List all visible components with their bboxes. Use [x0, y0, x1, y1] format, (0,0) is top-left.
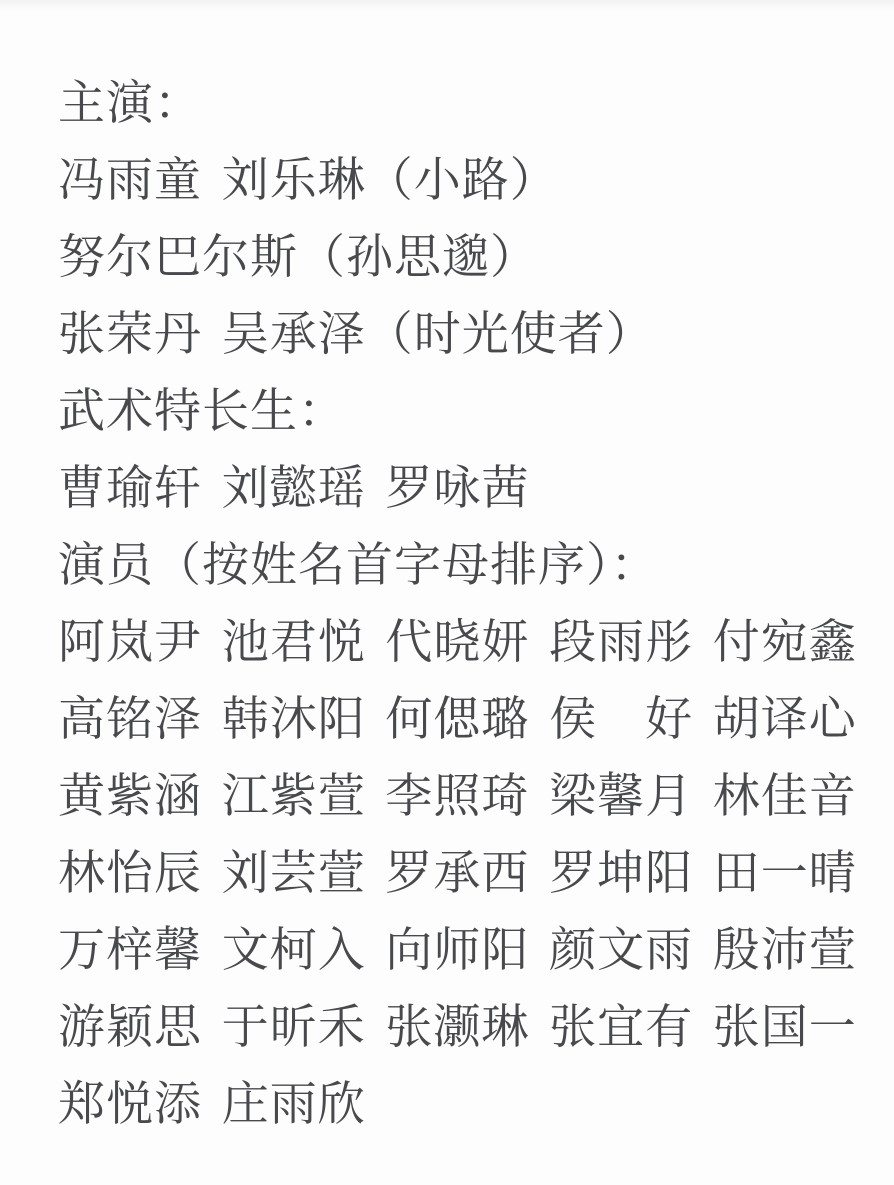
names-line-lead-cast-3: 张荣丹 吴承泽（时光使者） — [58, 295, 858, 372]
heading-actors-alphabetical: 演员（按姓名首字母排序）： — [58, 526, 858, 603]
names-line-lead-cast-2: 努尔巴尔斯（孙思邈） — [58, 218, 858, 295]
names-line-actors-2: 高铭泽 韩沐阳 何偲璐 侯 好 胡译心 — [58, 680, 858, 757]
names-line-actors-7: 郑悦添 庄雨欣 — [58, 1065, 858, 1142]
names-line-martial-arts: 曹瑜轩 刘懿瑶 罗咏茜 — [58, 449, 858, 526]
names-line-actors-4: 林怡辰 刘芸萱 罗承西 罗坤阳 田一晴 — [58, 834, 858, 911]
names-line-actors-5: 万梓馨 文柯入 向师阳 颜文雨 殷沛萱 — [58, 911, 858, 988]
names-line-actors-1: 阿岚尹 池君悦 代晓妍 段雨彤 付宛鑫 — [58, 603, 858, 680]
names-line-actors-6: 游颖思 于昕禾 张灏琳 张宜有 张国一 — [58, 988, 858, 1065]
heading-martial-arts-students: 武术特长生： — [58, 372, 858, 449]
names-line-actors-3: 黄紫涵 江紫萱 李照琦 梁馨月 林佳音 — [58, 757, 858, 834]
credits-list: 主演： 冯雨童 刘乐琳（小路） 努尔巴尔斯（孙思邈） 张荣丹 吴承泽（时光使者）… — [58, 64, 858, 1142]
heading-starring: 主演： — [58, 64, 858, 141]
names-line-lead-cast-1: 冯雨童 刘乐琳（小路） — [58, 141, 858, 218]
top-shade — [0, 0, 894, 10]
